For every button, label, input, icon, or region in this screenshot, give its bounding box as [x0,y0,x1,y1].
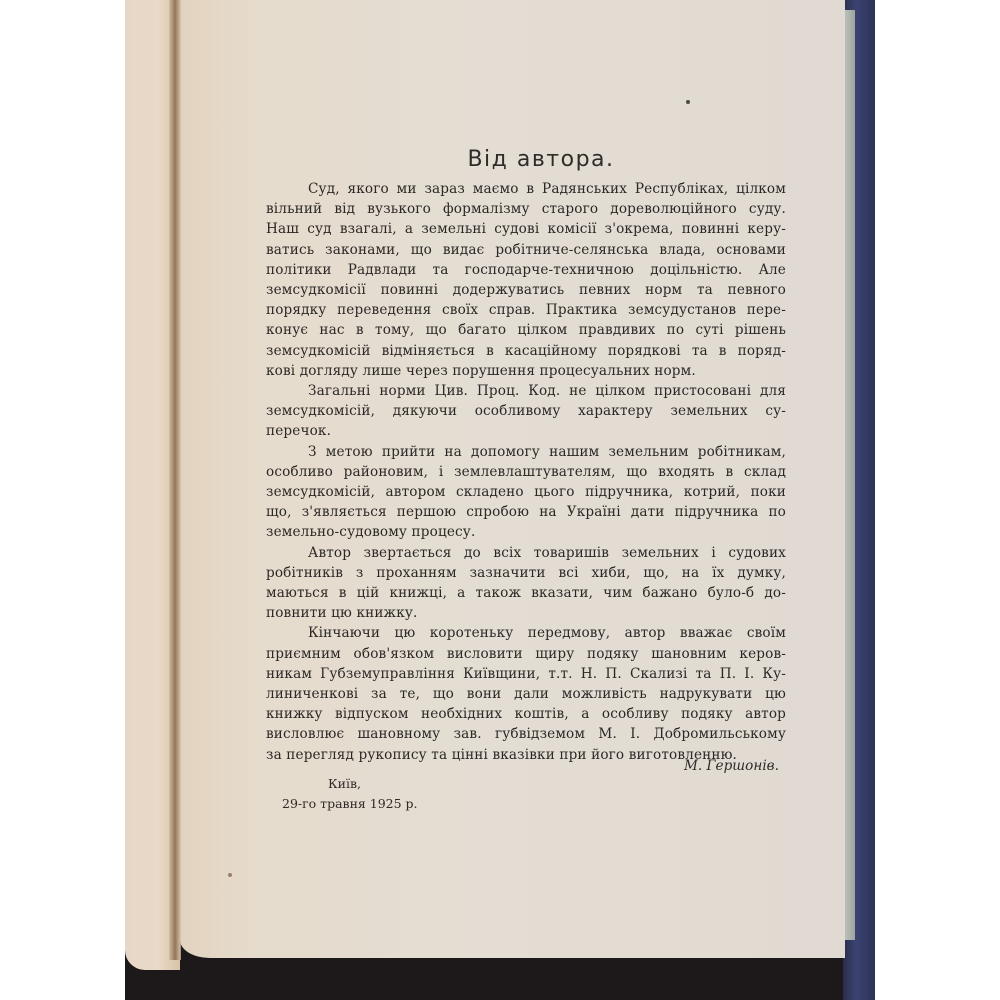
text-line: перечок. [266,421,786,441]
text-line: никам Губземуправління Київщини, т.т. Н.… [266,664,786,684]
place-line: Київ, [328,776,361,791]
paragraph: Автор звертається до всіх товаришів земе… [266,543,786,624]
text-line: маються в цій книжці, а також вказати, ч… [266,583,786,603]
text-line: що, з'являється першою спробою на Україн… [266,502,786,522]
paragraph: Суд, якого ми зараз маємо в Радянських Р… [266,179,786,381]
text-line: Наш суд взагалі, а земельні судові коміс… [266,219,786,239]
text-line: земельно-судовому процесу. [266,522,786,542]
text-line: конує нас в тому, що багато цілком правд… [266,320,786,340]
text-line: линиченкові за те, що вони дали можливіс… [266,684,786,704]
text-line: порядку переведення своїх справ. Практик… [266,300,786,320]
date-line: 29-го травня 1925 р. [282,796,418,811]
paragraph: З метою прийти на допомогу нашим земельн… [266,442,786,543]
text-line: вільний від вузького формалізму старого … [266,199,786,219]
text-line: кові догляду лише через порушення процес… [266,361,786,381]
text-line: земсудкомісій, дякуючи особливому характ… [266,401,786,421]
text-line: земсудкомісії повинні додержуватись певн… [266,280,786,300]
book-photo: Від автора. Суд, якого ми зараз маємо в … [125,0,875,1000]
page-text: Від автора. Суд, якого ми зараз маємо в … [266,145,786,765]
text-line: земсудкомісій відміняється в касаційному… [266,341,786,361]
paper-spot [228,873,232,877]
text-line: Кінчаючи цю коротеньку передмову, автор … [266,623,786,643]
text-line: висловлює шановному зав. губвідземом М. … [266,724,786,744]
text-line: земсудкомісій, автором складено цього пі… [266,482,786,502]
text-line: ватись законами, що видає робітниче-селя… [266,240,786,260]
text-line: приємним обов'язком висловити щиру подяк… [266,644,786,664]
text-line: Автор звертається до всіх товаришів земе… [266,543,786,563]
text-line: особливо районовим, і землевлаштувателям… [266,462,786,482]
text-line: робітників з проханням зазначити всі хиб… [266,563,786,583]
text-line: Загальні норми Цив. Проц. Код. не цілком… [266,381,786,401]
paragraph: Загальні норми Цив. Проц. Код. не цілком… [266,381,786,442]
text-line: Суд, якого ми зараз маємо в Радянських Р… [266,179,786,199]
book-gutter [169,0,181,960]
author-signature: М. Гершонів. [684,758,779,774]
body-paragraphs: Суд, якого ми зараз маємо в Радянських Р… [266,179,786,765]
book-page: Від автора. Суд, якого ми зараз маємо в … [180,0,845,958]
text-line: повнити цю книжку. [266,603,786,623]
text-line: книжку відпуском необхідних коштів, а ос… [266,704,786,724]
page-title: Від автора. [296,145,786,175]
text-line: політики Радвлади та господарче-технично… [266,260,786,280]
paragraph: Кінчаючи цю коротеньку передмову, автор … [266,623,786,764]
text-line: З метою прийти на допомогу нашим земельн… [266,442,786,462]
paper-spot [686,100,690,104]
